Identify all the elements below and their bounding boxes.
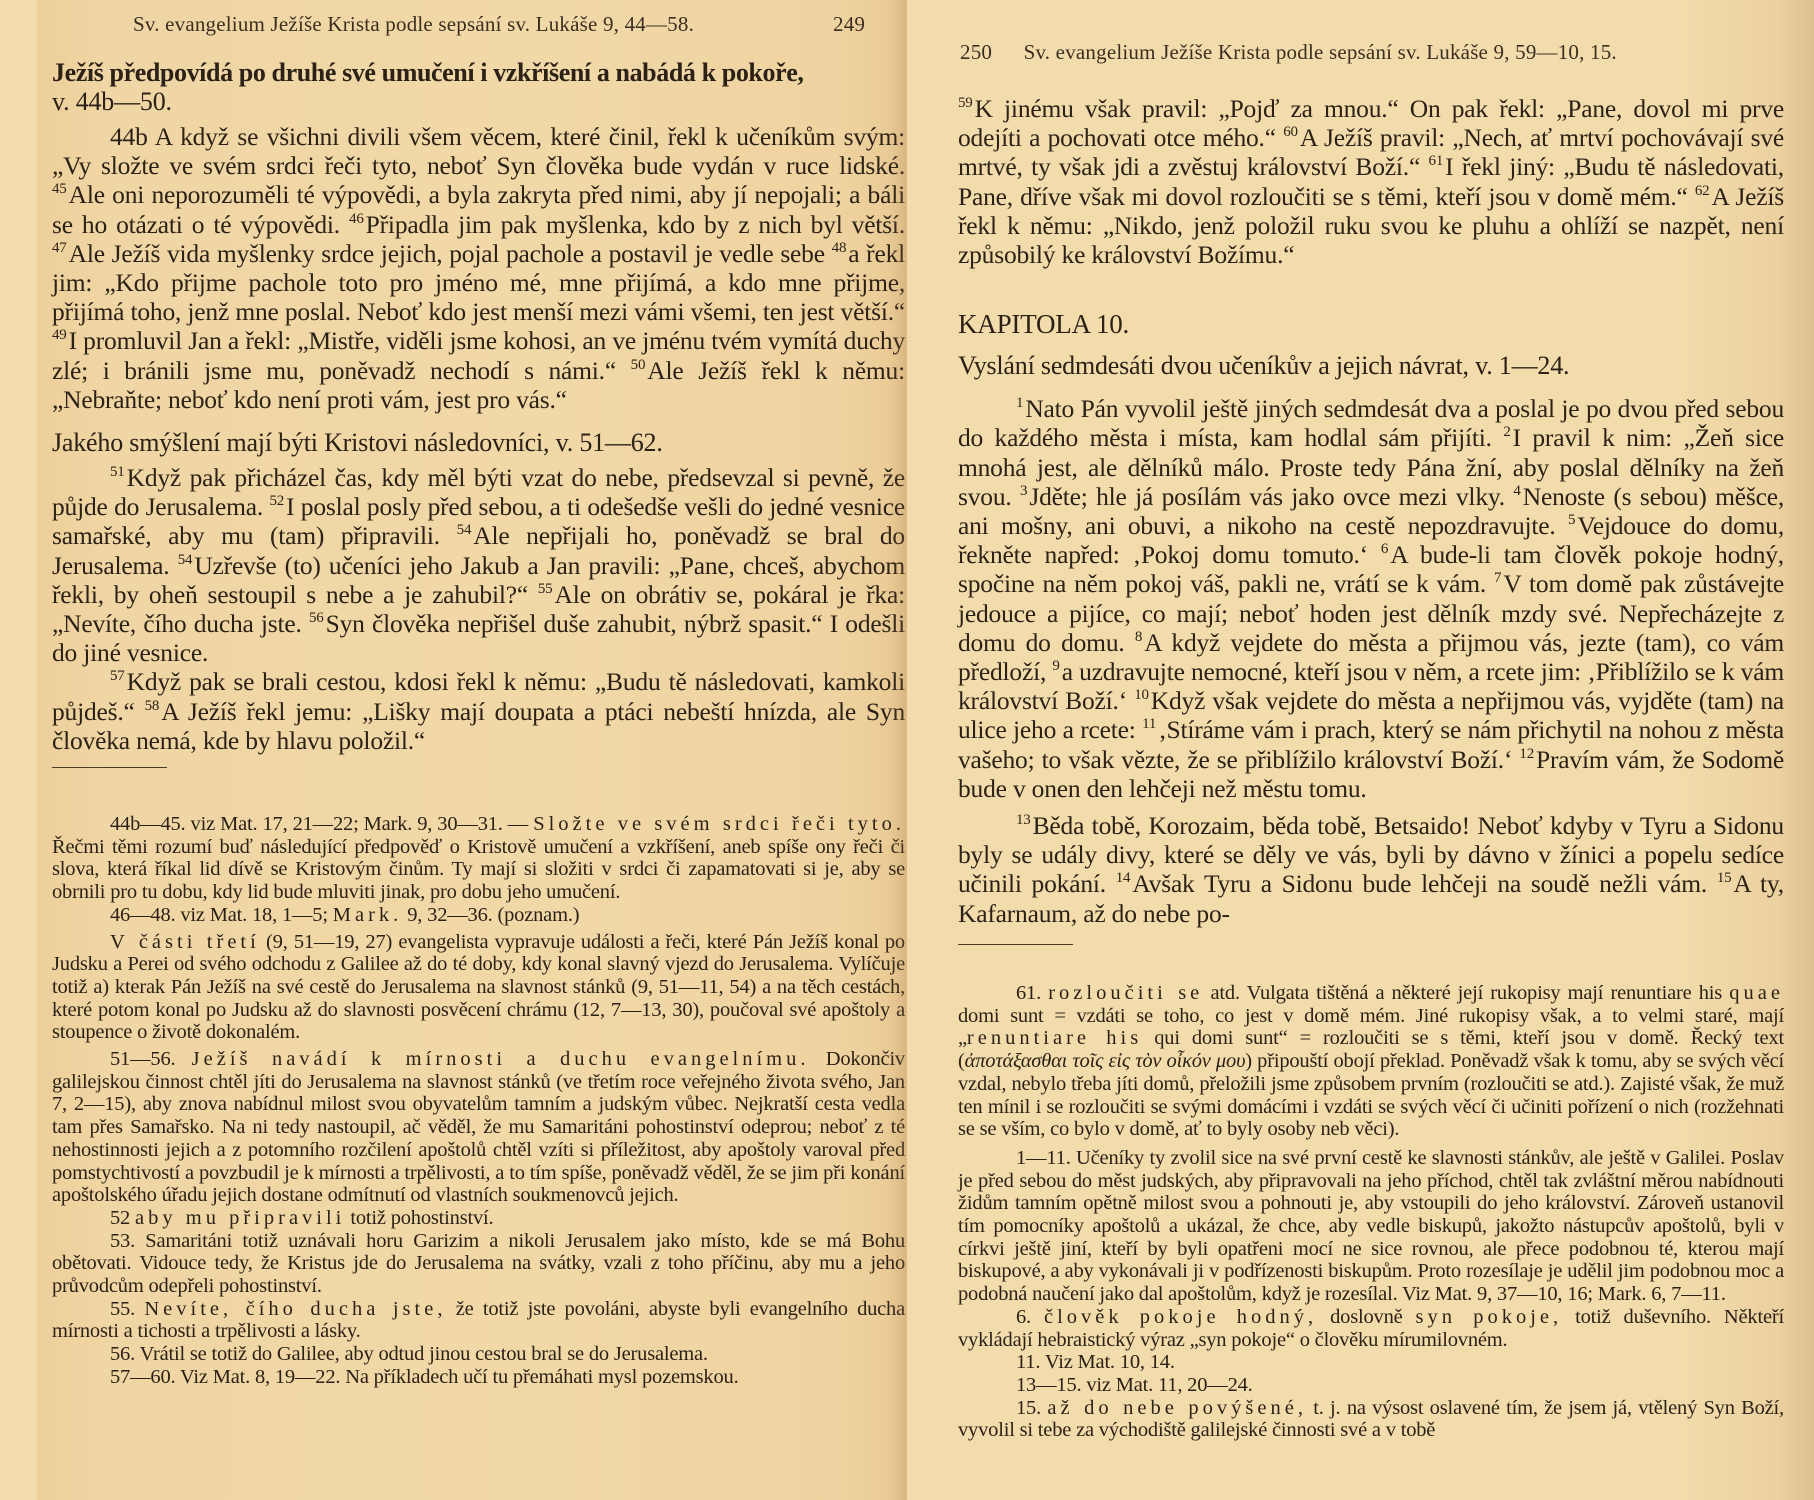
verse-number: 7: [1494, 570, 1501, 586]
footnote-lemma: Složte ve svém srdci řeči tyto.: [533, 813, 905, 835]
verse-paragraph: 57Když pak se brali cestou, kdosi řekl k…: [52, 667, 905, 755]
verse-number: 4: [1513, 483, 1520, 499]
scan-edge-strip: [0, 0, 37, 1500]
footnote: 56. Vrátil se totiž do Galilee, aby odtu…: [52, 1343, 905, 1366]
footnote: 46—48. viz Mat. 18, 1—5; Mark. 9, 32—36.…: [52, 904, 905, 927]
footnote: 52 aby mu připravili totiž pohostinství.: [52, 1207, 905, 1230]
verse-number: 14: [1116, 870, 1131, 886]
footnote: 15. až do nebe povýšené, t. j. na výsost…: [958, 1397, 1784, 1442]
verse-paragraph: 13Běda tobě, Korozaim, běda tobě, Betsai…: [958, 811, 1784, 928]
verse-paragraph: 1Nato Pán vyvolil ještě jiných sedmdesát…: [958, 394, 1784, 803]
verse-number: 47: [52, 240, 67, 256]
section-heading-verses: v. 44b—50.: [52, 87, 905, 116]
footnote-lemma: Nevíte, čího ducha jste,: [144, 1298, 446, 1320]
verse-number: 50: [631, 357, 646, 373]
verse-number: 62: [1695, 183, 1710, 199]
left-page: Sv. evangelium Ježíše Krista podle sepsá…: [37, 0, 907, 1500]
section-heading: Vyslání sedmdesáti dvou učeníkův a jejic…: [958, 351, 1784, 380]
verse-number: 51: [110, 464, 125, 480]
verse-number: 6: [1381, 541, 1388, 557]
verse-number: 13: [1016, 812, 1031, 828]
verse-number: 60: [1283, 124, 1298, 140]
verse-number: 9: [1052, 658, 1059, 674]
footnote-lemma: V části třetí: [110, 931, 260, 953]
verse-paragraph: 51Když pak přicházel čas, kdy měl býti v…: [52, 463, 905, 667]
verse-number: 1: [1016, 395, 1023, 411]
verse-number: 11: [1142, 716, 1156, 732]
verse-number: 54: [457, 522, 472, 538]
footnote-lemma: člověk pokoje hodný,: [1044, 1306, 1317, 1328]
verse-number: 49: [52, 327, 67, 343]
verse-paragraph: 44b A když se všichni divili všem věcem,…: [52, 122, 905, 414]
footnote: 13—15. viz Mat. 11, 20—24.: [958, 1374, 1784, 1397]
verse-number: 48: [832, 240, 847, 256]
page-number: 249: [833, 12, 865, 37]
footnote: 61. rozloučiti se atd. Vulgata tištěná a…: [958, 982, 1784, 1141]
verse-number: 10: [1134, 687, 1149, 703]
footnote-lemma: aby mu připravili: [135, 1207, 345, 1229]
footnote-lemma: rozloučiti se: [1048, 982, 1203, 1004]
verse-number: 3: [1020, 483, 1027, 499]
page-number: 250: [960, 40, 992, 64]
verse-number: 45: [52, 181, 67, 197]
footnote: 53. Samaritáni totiž uznávali horu Gariz…: [52, 1230, 905, 1298]
verse-number: 12: [1519, 746, 1534, 762]
verse-number: 44b: [110, 122, 148, 151]
chapter-heading: KAPITOLA 10.: [958, 309, 1784, 339]
right-footnotes: 61. rozloučiti se atd. Vulgata tištěná a…: [958, 982, 1784, 1442]
verse-number: 15: [1717, 870, 1732, 886]
section-heading: Ježíš předpovídá po druhé své umučení i …: [52, 58, 905, 87]
footnote: 11. Viz Mat. 10, 14.: [958, 1351, 1784, 1374]
verse-number: 55: [538, 581, 553, 597]
footnote: V části třetí (9, 51—19, 27) evangelista…: [52, 931, 905, 1045]
verse-number: 58: [145, 698, 160, 714]
footnote: 55. Nevíte, čího ducha jste, že totiž js…: [52, 1298, 905, 1343]
footnote-lemma: až do nebe povýšené,: [1047, 1397, 1307, 1419]
verse-number: 52: [269, 493, 284, 509]
right-body-text: 59K jinému však pravil: „Pojď za mnou.“ …: [958, 94, 1784, 945]
verse-number: 59: [958, 95, 973, 111]
footnote: 51—56. Ježíš navádí k mírnosti a duchu e…: [52, 1048, 905, 1207]
greek-quote: ἀποτάξασθαι τοῖς εἰς τὸν οἶκόν μου: [965, 1050, 1246, 1072]
verse-number: 2: [1503, 424, 1510, 440]
gutter-shadow: [887, 0, 907, 1500]
right-running-head: 250 Sv. evangelium Ježíše Krista podle s…: [960, 40, 1617, 65]
running-head-title: Sv. evangelium Ježíše Krista podle sepsá…: [1024, 40, 1617, 64]
verse-number: 56: [309, 610, 324, 626]
verse-number: 54: [178, 552, 193, 568]
verse-number: 8: [1135, 629, 1142, 645]
left-running-head: Sv. evangelium Ježíše Krista podle sepsá…: [133, 12, 694, 37]
footnote-rule: [958, 944, 1073, 945]
footnote: 6. člověk pokoje hodný, doslovně syn pok…: [958, 1306, 1784, 1351]
verse-paragraph: 59K jinému však pravil: „Pojď za mnou.“ …: [958, 94, 1784, 269]
verse-number: 57: [110, 668, 125, 684]
footnote: 1—11. Učeníky ty zvolil sice na své prvn…: [958, 1147, 1784, 1306]
footnote-rule: [52, 767, 167, 768]
right-page: 250 Sv. evangelium Ježíše Krista podle s…: [907, 0, 1814, 1500]
left-body-text: Ježíš předpovídá po druhé své umučení i …: [52, 58, 905, 768]
left-footnotes: 44b—45. viz Mat. 17, 21—22; Mark. 9, 30—…: [52, 813, 905, 1389]
verse-number: 46: [349, 211, 364, 227]
running-head-title: Sv. evangelium Ježíše Krista podle sepsá…: [133, 12, 694, 36]
footnote-lemma: Ježíš navádí k mírnosti a duchu evangeln…: [192, 1048, 810, 1070]
footnote: 57—60. Viz Mat. 8, 19—22. Na příkladech …: [52, 1366, 905, 1389]
footnote: 44b—45. viz Mat. 17, 21—22; Mark. 9, 30—…: [52, 813, 905, 904]
verse-number: 61: [1429, 153, 1444, 169]
section-heading: Jakého smýšlení mají býti Kristovi násle…: [52, 428, 905, 457]
verse-number: 5: [1568, 512, 1575, 528]
